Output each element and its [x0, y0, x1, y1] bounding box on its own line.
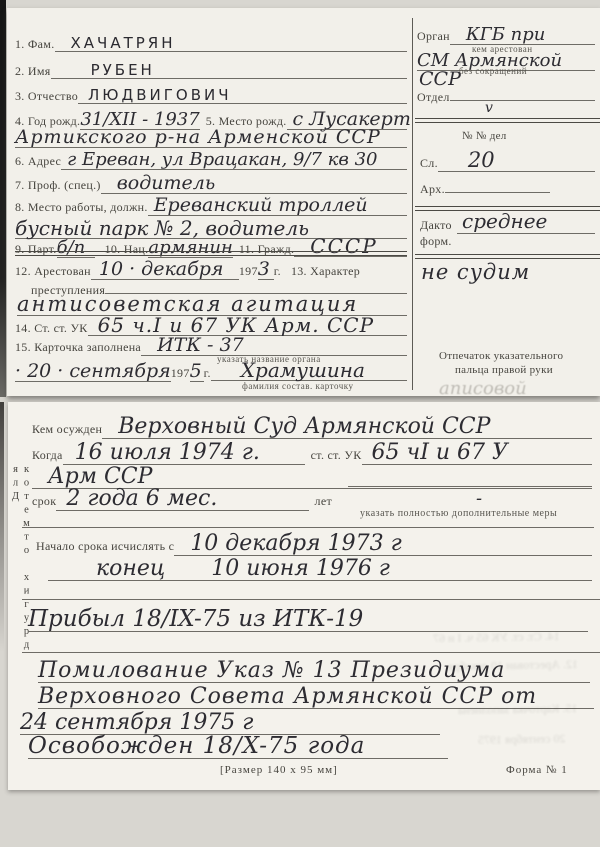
- fingerprint-caption-line1: Отпечаток указательного: [439, 350, 563, 362]
- card-filler-name: Храмушина: [241, 360, 365, 380]
- footer-size-note: [Размер 140 х 95 мм]: [220, 764, 338, 776]
- crime-nature-label: 13. Характер: [291, 264, 360, 279]
- field-sl-case: Сл. 20: [420, 150, 595, 172]
- field-patronymic: 3. Отчество ЛЮДВИГОВИЧ: [15, 88, 407, 104]
- term-value: 2 года 6 мес.: [66, 488, 217, 510]
- field-profession: 7. Проф. (спец.) водитель: [15, 174, 407, 194]
- sentenced-by-label: Кем осужден: [32, 422, 102, 437]
- card-filled-year-printed: 197: [171, 366, 190, 381]
- term-label: срок: [32, 494, 56, 509]
- department-checkmark: v: [485, 101, 493, 115]
- field-term-end: конец10 июня 1976 г: [48, 558, 592, 581]
- card-filled-date-value: · 20 · сентября: [15, 362, 171, 382]
- workplace-value: Ереванский троллей: [154, 196, 368, 215]
- sentenced-by-value: Верховный Суд Армянской ССР: [118, 416, 490, 438]
- patronymic-value: ЛЮДВИГОВИЧ: [88, 88, 231, 103]
- field-release-note: Освобожден 18/X-75 года: [28, 735, 448, 759]
- sentence-uk-value-2: Арм ССР: [48, 466, 152, 488]
- fingerprint-caption-line2: пальца правой руки: [455, 364, 553, 376]
- scanned-prisoner-card-page: 1. Фам. ХАЧАТРЯН 2. Имя РУБЕН 3. Отчеств…: [0, 0, 600, 847]
- ghost-bleedthrough-text: 15. Карточка заполнена: [458, 701, 578, 718]
- separator-rule: [15, 251, 407, 256]
- arrested-label: 12. Арестован: [15, 264, 91, 279]
- firstname-value: РУБЕН: [91, 63, 155, 78]
- separator-rule: [415, 254, 600, 259]
- birth-place-value-2: Артикского р-на Арменской ССР: [15, 128, 381, 147]
- pardon-note-1: Помилование Указ № 13 Президиума: [38, 660, 505, 682]
- term-end-label: конец: [96, 558, 165, 580]
- surname-label: 1. Фам.: [15, 37, 55, 52]
- arrested-date-value: 10 · декабря: [91, 260, 239, 280]
- field-department: Отдел: [417, 90, 595, 105]
- ruled-line: [22, 527, 594, 528]
- field-birth-continuation: Артикского р-на Арменской ССР: [15, 128, 407, 148]
- side-label-other-marks: котемто хигурд ялД: [10, 464, 32, 689]
- arrested-year-suffix: г.: [274, 264, 281, 279]
- sl-label: Сл.: [420, 156, 438, 171]
- scan-edge-strip-bottom: [0, 402, 4, 652]
- workplace-label: 8. Место работы, должн.: [15, 200, 148, 215]
- term-extra-hint: указать полностью дополнительные меры: [360, 508, 557, 519]
- release-note-value: Освобожден 18/X-75 года: [28, 735, 365, 758]
- dakto-form-label: форм.: [420, 234, 452, 249]
- arrested-year-digit: 3: [258, 260, 274, 280]
- firstname-label: 2. Имя: [15, 64, 51, 79]
- ruled-line: [22, 599, 600, 600]
- scan-edge-strip-top: [0, 0, 6, 397]
- organ-label: Орган: [417, 29, 450, 44]
- column-divider: [412, 18, 413, 390]
- ghost-bleedthrough-text: 20 сентября 1975: [478, 731, 566, 748]
- field-sentenced-by: Кем осужден Верховный Суд Армянской ССР: [32, 416, 592, 439]
- prisoner-card-back: котемто хигурд ялД Кем осужден Верховный…: [8, 402, 600, 790]
- dakto-value: среднее: [462, 211, 547, 231]
- field-term-start: Начало срока исчислять с 10 декабря 1973…: [36, 533, 592, 556]
- card-filled-label: 15. Карточка заполнена: [15, 340, 141, 355]
- organ-value-3: ССР: [419, 70, 461, 89]
- surname-value: ХАЧАТРЯН: [71, 36, 176, 51]
- field-firstname: 2. Имя РУБЕН: [15, 63, 407, 79]
- field-organ: Орган КГБ при: [417, 26, 595, 45]
- term-end-value: 10 июня 1976 г: [211, 558, 390, 580]
- term-years-label: лет: [315, 494, 332, 509]
- field-workplace: 8. Место работы, должн. Ереванский тролл…: [15, 196, 407, 216]
- sentence-date-label: Когда: [32, 448, 63, 463]
- organ-value-1: КГБ при: [466, 26, 546, 44]
- arrested-year-printed: 197: [239, 264, 258, 279]
- crime-nature-value: антисоветская агитация: [17, 294, 358, 315]
- organ-hint-2: без сокращений: [459, 66, 527, 76]
- term-extra-underline: [348, 486, 592, 487]
- card-filled-year-digit: 5: [190, 362, 204, 382]
- patronymic-label: 3. Отчество: [15, 89, 78, 104]
- field-pardon-line3: 24 сентября 1975 г: [20, 712, 440, 735]
- profession-label: 7. Проф. (спец.): [15, 178, 101, 193]
- arch-label: Арх.: [420, 182, 445, 197]
- ruled-line: [22, 652, 600, 653]
- sentence-date-value: 16 июля 1974 г.: [63, 442, 305, 465]
- separator-rule: [415, 118, 600, 123]
- field-arch-case: Арх.: [420, 182, 550, 197]
- profession-value: водитель: [117, 174, 215, 193]
- case-numbers-header: № № дел: [462, 130, 507, 142]
- field-card-filled: 15. Карточка заполнена ИТК - 37: [15, 336, 407, 356]
- dakto-underline: [457, 233, 595, 234]
- footer-form-number: Форма № 1: [506, 764, 568, 776]
- field-criminal-code: 14. Ст. ст. УК 65 ч.I и 67 УК Арм. ССР: [15, 315, 407, 336]
- term-extra-dash: -: [476, 490, 482, 508]
- pardon-note-3: 24 сентября 1975 г: [20, 712, 253, 734]
- address-label: 6. Адрес: [15, 154, 61, 169]
- conviction-note: не судим: [421, 262, 530, 283]
- field-arrested: 12. Арестован 10 · декабря 197 3 г. 13. …: [15, 260, 407, 280]
- sentence-uk-label: ст. ст. УК: [311, 448, 362, 463]
- term-start-label: Начало срока исчислять с: [36, 539, 174, 554]
- field-address: 6. Адрес г Ереван, ул Врацакан, 9/7 кв 3…: [15, 151, 407, 170]
- ghost-bleedthrough-text: 12. Арестован 10 декабря: [448, 657, 578, 674]
- prisoner-card-front: 1. Фам. ХАЧАТРЯН 2. Имя РУБЕН 3. Отчеств…: [7, 8, 600, 396]
- criminal-code-label: 14. Ст. ст. УК: [15, 321, 88, 336]
- field-surname: 1. Фам. ХАЧАТРЯН: [15, 36, 407, 52]
- pencil-note: аписовой: [439, 380, 527, 398]
- sentence-uk-value: 65 чI и 67 У: [372, 442, 508, 464]
- card-filler-name-hint: фамилия состав. карточку: [242, 381, 354, 391]
- department-label: Отдел: [417, 90, 450, 105]
- ghost-bleedthrough-text: 14. Ст. ст. УК 65 ч. I и 67: [433, 629, 560, 646]
- arrival-note-value: Прибыл 18/IX-75 из ИТК-19: [28, 608, 363, 631]
- sl-value: 20: [468, 150, 495, 171]
- term-start-value: 10 декабря 1973 г: [190, 533, 401, 555]
- field-card-filled-date: · 20 · сентября 197 5 г. Храмушина: [15, 360, 407, 382]
- field-term: срок 2 года 6 мес. лет: [32, 488, 332, 511]
- card-filled-year-suffix: г.: [204, 366, 211, 381]
- card-filled-organ-value: ИТК - 37: [157, 336, 244, 355]
- address-value: г Ереван, ул Врацакан, 9/7 кв 30: [67, 151, 377, 169]
- field-arrival-note: Прибыл 18/IX-75 из ИТК-19: [28, 608, 588, 632]
- field-sentence-date: Когда 16 июля 1974 г. ст. ст. УК 65 чI и…: [32, 442, 592, 465]
- criminal-code-value: 65 ч.I и 67 УК Арм. ССР: [98, 315, 375, 335]
- workplace-value-2: бусный парк № 2, водитель: [15, 218, 309, 238]
- dakto-label: Дакто: [420, 218, 452, 233]
